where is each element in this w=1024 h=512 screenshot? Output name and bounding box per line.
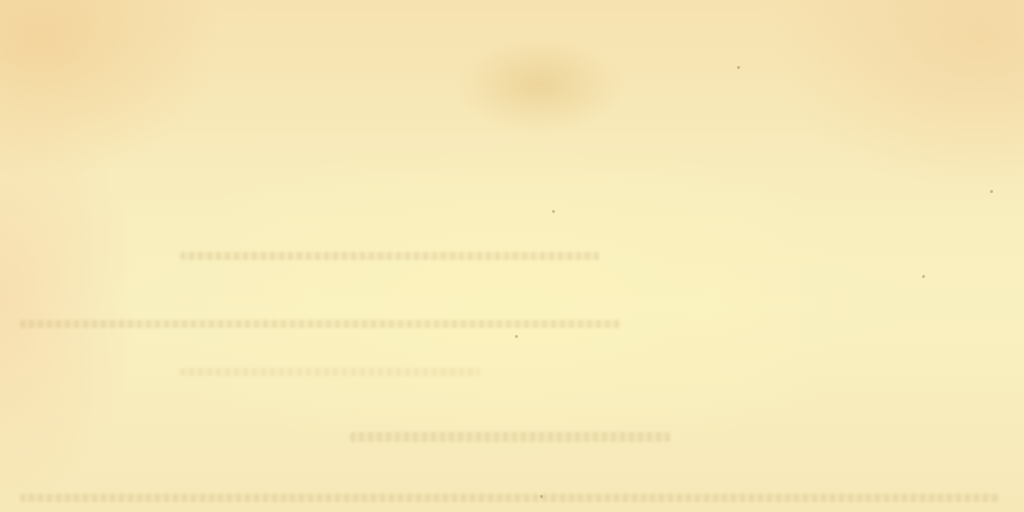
paper-speck (540, 495, 543, 498)
paper-speck (922, 275, 925, 278)
faint-section-heading-line (350, 432, 670, 442)
paper-speck (737, 66, 740, 69)
paper-speck (990, 190, 993, 193)
faint-text-line (20, 320, 620, 328)
faint-text-line (20, 494, 1000, 502)
faint-heading-line (180, 252, 600, 260)
paper-speck (552, 210, 555, 213)
paper-speck (515, 335, 518, 338)
paper-page (0, 0, 1024, 512)
faint-text-line (180, 368, 480, 376)
